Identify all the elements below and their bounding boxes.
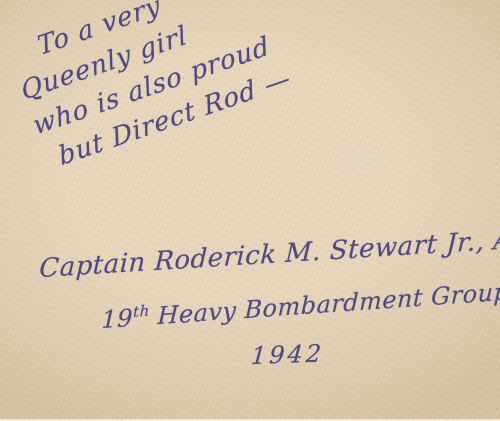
autograph-photo: To a very Queenly girl who is also proud… — [0, 0, 500, 421]
signature-unit-line: 19th Heavy Bombardment Group. — [101, 277, 500, 334]
paper-crease — [289, 116, 401, 187]
unit-name: Heavy Bombardment Group. — [149, 277, 500, 331]
signature-name-line: Captain Roderick M. Stewart Jr., A.C. — [39, 223, 500, 284]
signature-year: 1942 — [250, 339, 325, 370]
paper-crease — [312, 125, 398, 198]
ordinal-suffix: th — [133, 302, 150, 321]
unit-number: 19 — [101, 304, 133, 334]
dedication-block: To a very Queenly girl who is also proud… — [4, 0, 355, 180]
